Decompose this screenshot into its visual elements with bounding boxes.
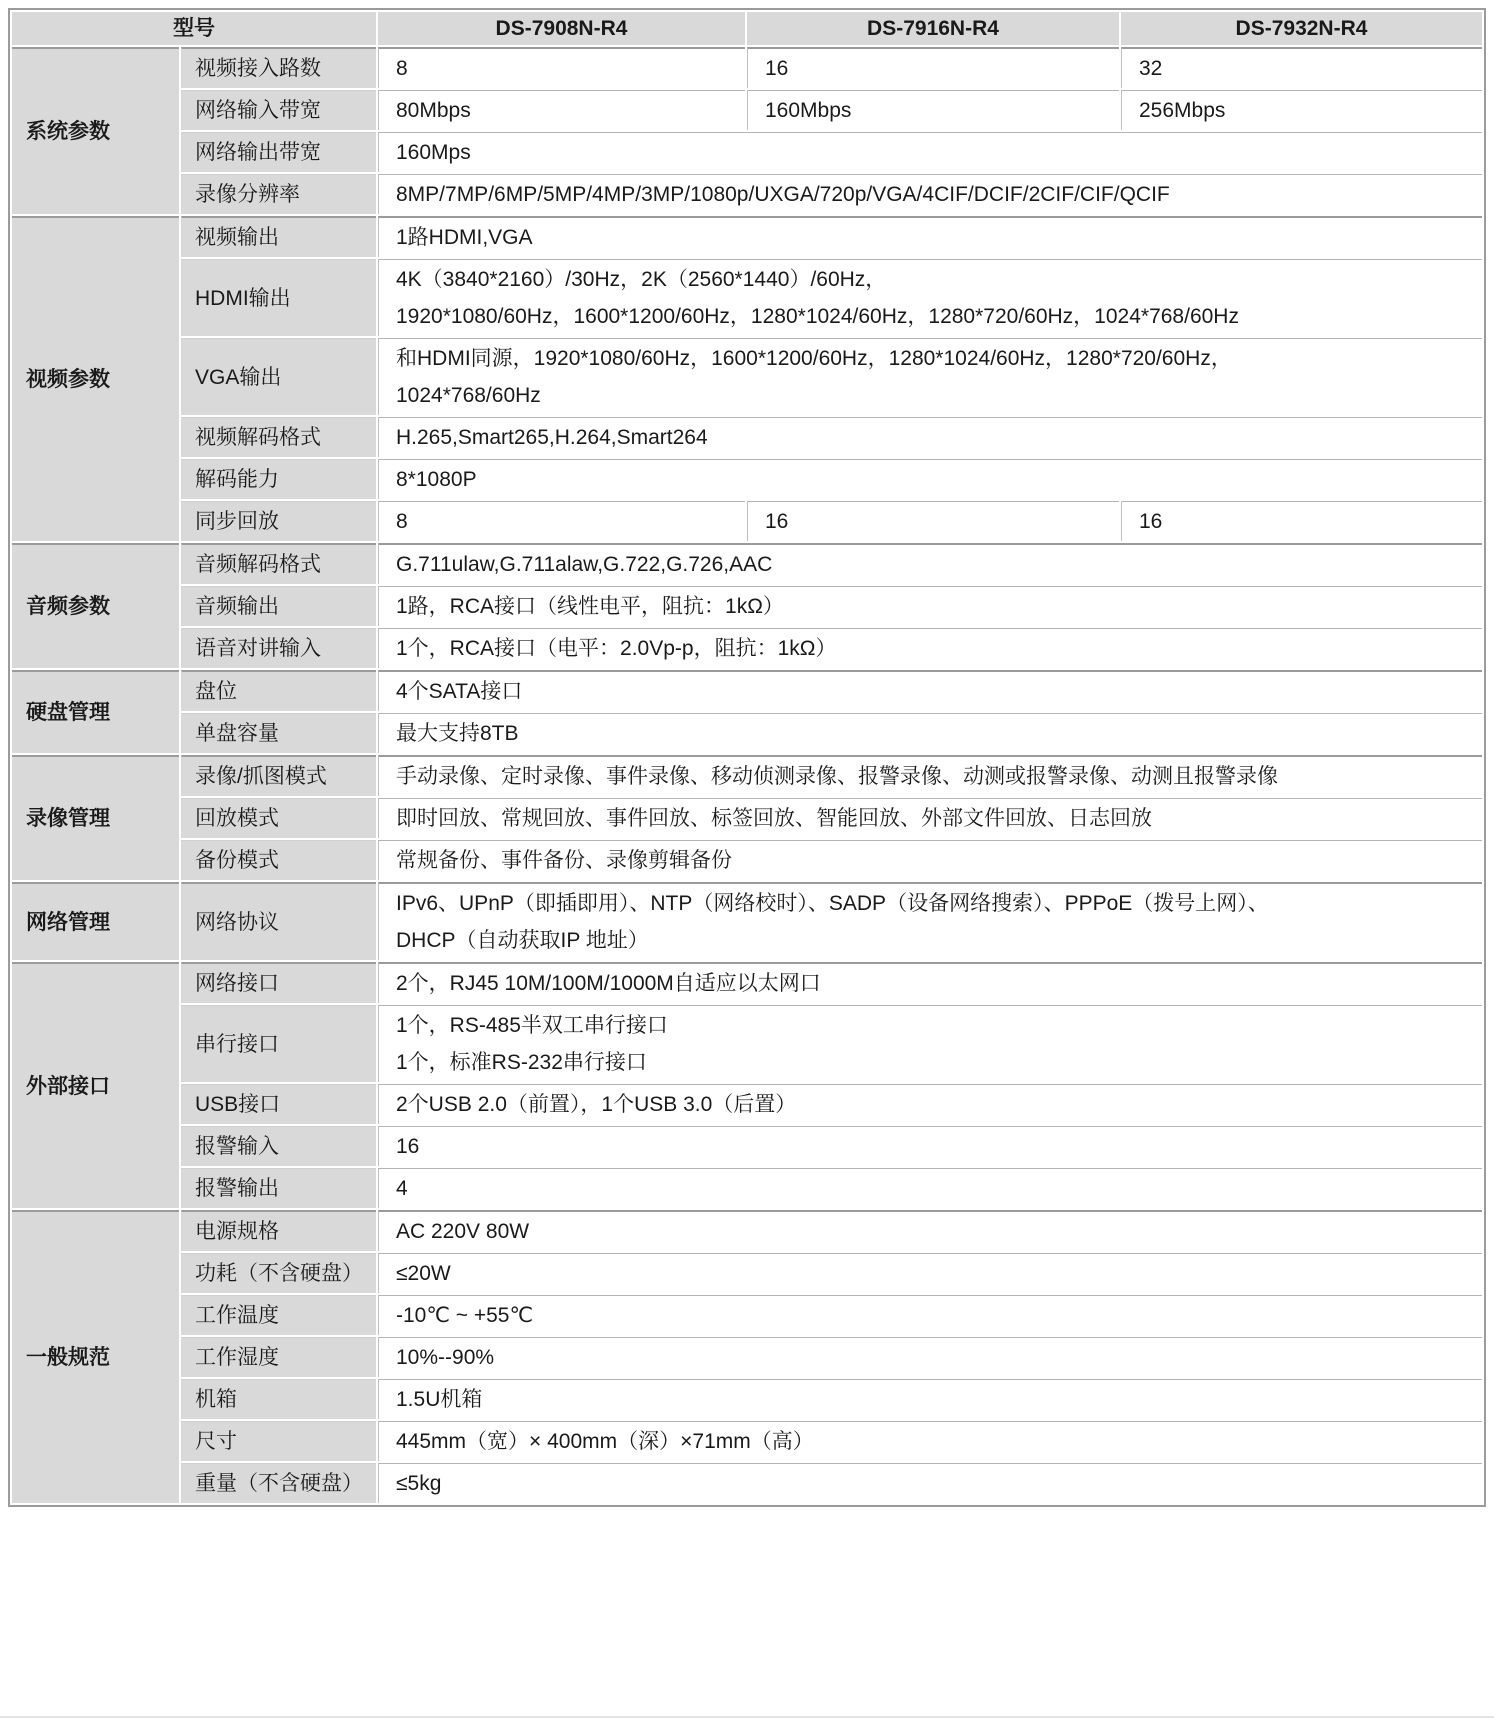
param-cell: 功耗（不含硬盘） — [181, 1253, 376, 1293]
value-cell: ≤20W — [378, 1253, 1482, 1293]
param-cell: 录像/抓图模式 — [181, 755, 376, 796]
value-cell: 16 — [747, 501, 1119, 541]
table-row: 音频输出 1路，RCA接口（线性电平，阻抗：1kΩ） — [12, 586, 1482, 626]
param-cell: 报警输入 — [181, 1126, 376, 1166]
param-cell: 电源规格 — [181, 1210, 376, 1251]
value-cell: 80Mbps — [378, 90, 745, 130]
param-cell: 报警输出 — [181, 1168, 376, 1208]
table-row: 单盘容量 最大支持8TB — [12, 713, 1482, 753]
spec-table: 型号 DS-7908N-R4 DS-7916N-R4 DS-7932N-R4 系… — [8, 8, 1486, 1507]
value-cell: 4K（3840*2160）/30Hz，2K（2560*1440）/60Hz， 1… — [378, 259, 1482, 336]
value-cell: 2个，RJ45 10M/100M/1000M自适应以太网口 — [378, 962, 1482, 1003]
value-cell: 常规备份、事件备份、录像剪辑备份 — [378, 840, 1482, 880]
category-cell: 网络管理 — [12, 882, 179, 960]
param-cell: VGA输出 — [181, 338, 376, 415]
value-cell: 4个SATA接口 — [378, 670, 1482, 711]
model-label-header: 型号 — [12, 12, 376, 45]
table-row: 重量（不含硬盘） ≤5kg — [12, 1463, 1482, 1503]
table-row: 系统参数 视频接入路数 8 16 32 — [12, 47, 1482, 88]
category-cell: 视频参数 — [12, 216, 179, 541]
table-row: 备份模式 常规备份、事件备份、录像剪辑备份 — [12, 840, 1482, 880]
table-row: 视频解码格式 H.265,Smart265,H.264,Smart264 — [12, 417, 1482, 457]
param-cell: 视频解码格式 — [181, 417, 376, 457]
table-row: 硬盘管理 盘位 4个SATA接口 — [12, 670, 1482, 711]
value-line: 4K（3840*2160）/30Hz，2K（2560*1440）/60Hz， — [396, 261, 1468, 298]
value-cell: 8 — [378, 47, 745, 88]
category-cell: 硬盘管理 — [12, 670, 179, 753]
table-row: 工作温度 -10℃ ~ +55℃ — [12, 1295, 1482, 1335]
param-cell: 工作湿度 — [181, 1337, 376, 1377]
table-row: 录像管理 录像/抓图模式 手动录像、定时录像、事件录像、移动侦测录像、报警录像、… — [12, 755, 1482, 796]
table-row: 机箱 1.5U机箱 — [12, 1379, 1482, 1419]
value-cell: 4 — [378, 1168, 1482, 1208]
param-cell: HDMI输出 — [181, 259, 376, 336]
value-cell: AC 220V 80W — [378, 1210, 1482, 1251]
table-row: 外部接口 网络接口 2个，RJ45 10M/100M/1000M自适应以太网口 — [12, 962, 1482, 1003]
value-cell: 8MP/7MP/6MP/5MP/4MP/3MP/1080p/UXGA/720p/… — [378, 174, 1482, 214]
param-cell: 录像分辨率 — [181, 174, 376, 214]
table-row: 报警输出 4 — [12, 1168, 1482, 1208]
value-cell: 1个，RS-485半双工串行接口 1个，标准RS-232串行接口 — [378, 1005, 1482, 1082]
value-cell: 1个，RCA接口（电平：2.0Vp-p，阻抗：1kΩ） — [378, 628, 1482, 668]
model-header: DS-7916N-R4 — [747, 12, 1119, 45]
param-cell: 语音对讲输入 — [181, 628, 376, 668]
model-header: DS-7932N-R4 — [1121, 12, 1482, 45]
param-cell: 机箱 — [181, 1379, 376, 1419]
table-row: 工作湿度 10%--90% — [12, 1337, 1482, 1377]
param-cell: 音频解码格式 — [181, 543, 376, 584]
table-row: 一般规范 电源规格 AC 220V 80W — [12, 1210, 1482, 1251]
param-cell: 解码能力 — [181, 459, 376, 499]
category-cell: 外部接口 — [12, 962, 179, 1208]
page-bottom-divider — [0, 1716, 1494, 1718]
category-cell: 音频参数 — [12, 543, 179, 668]
value-cell: 445mm（宽）× 400mm（深）×71mm（高） — [378, 1421, 1482, 1461]
value-cell: 32 — [1121, 47, 1482, 88]
table-row: 录像分辨率 8MP/7MP/6MP/5MP/4MP/3MP/1080p/UXGA… — [12, 174, 1482, 214]
value-cell: 最大支持8TB — [378, 713, 1482, 753]
table-row: 报警输入 16 — [12, 1126, 1482, 1166]
value-line: DHCP（自动获取IP 地址） — [396, 922, 1468, 959]
param-cell: 网络输出带宽 — [181, 132, 376, 172]
param-cell: 串行接口 — [181, 1005, 376, 1082]
value-line: 和HDMI同源，1920*1080/60Hz，1600*1200/60Hz，12… — [396, 340, 1468, 377]
param-cell: 网络协议 — [181, 882, 376, 960]
header-row: 型号 DS-7908N-R4 DS-7916N-R4 DS-7932N-R4 — [12, 12, 1482, 45]
value-line: 1920*1080/60Hz，1600*1200/60Hz，1280*1024/… — [396, 298, 1468, 335]
param-cell: 视频接入路数 — [181, 47, 376, 88]
value-cell: 256Mbps — [1121, 90, 1482, 130]
param-cell: 单盘容量 — [181, 713, 376, 753]
table-row: 解码能力 8*1080P — [12, 459, 1482, 499]
table-row: 回放模式 即时回放、常规回放、事件回放、标签回放、智能回放、外部文件回放、日志回… — [12, 798, 1482, 838]
table-row: 同步回放 8 16 16 — [12, 501, 1482, 541]
value-cell: H.265,Smart265,H.264,Smart264 — [378, 417, 1482, 457]
param-cell: 网络输入带宽 — [181, 90, 376, 130]
table-row: 网络管理 网络协议 IPv6、UPnP（即插即用）、NTP（网络校时）、SADP… — [12, 882, 1482, 960]
value-cell: ≤5kg — [378, 1463, 1482, 1503]
param-cell: 回放模式 — [181, 798, 376, 838]
param-cell: 同步回放 — [181, 501, 376, 541]
value-cell: 16 — [747, 47, 1119, 88]
value-line: 1024*768/60Hz — [396, 377, 1468, 414]
param-cell: 视频输出 — [181, 216, 376, 257]
param-cell: 尺寸 — [181, 1421, 376, 1461]
param-cell: 音频输出 — [181, 586, 376, 626]
table-row: 音频参数 音频解码格式 G.711ulaw,G.711alaw,G.722,G.… — [12, 543, 1482, 584]
table-row: 串行接口 1个，RS-485半双工串行接口 1个，标准RS-232串行接口 — [12, 1005, 1482, 1082]
table-row: 尺寸 445mm（宽）× 400mm（深）×71mm（高） — [12, 1421, 1482, 1461]
param-cell: 备份模式 — [181, 840, 376, 880]
value-cell: 手动录像、定时录像、事件录像、移动侦测录像、报警录像、动测或报警录像、动测且报警… — [378, 755, 1482, 796]
value-cell: 8*1080P — [378, 459, 1482, 499]
model-header: DS-7908N-R4 — [378, 12, 745, 45]
table-row: 网络输出带宽 160Mps — [12, 132, 1482, 172]
category-cell: 一般规范 — [12, 1210, 179, 1503]
value-cell: 160Mbps — [747, 90, 1119, 130]
value-cell: IPv6、UPnP（即插即用）、NTP（网络校时）、SADP（设备网络搜索）、P… — [378, 882, 1482, 960]
value-cell: 即时回放、常规回放、事件回放、标签回放、智能回放、外部文件回放、日志回放 — [378, 798, 1482, 838]
value-line: 1个，标准RS-232串行接口 — [396, 1044, 1468, 1081]
table-row: USB接口 2个USB 2.0（前置），1个USB 3.0（后置） — [12, 1084, 1482, 1124]
value-cell: 1路，RCA接口（线性电平，阻抗：1kΩ） — [378, 586, 1482, 626]
value-cell: -10℃ ~ +55℃ — [378, 1295, 1482, 1335]
value-cell: 160Mps — [378, 132, 1482, 172]
table-row: VGA输出 和HDMI同源，1920*1080/60Hz，1600*1200/6… — [12, 338, 1482, 415]
value-cell: 10%--90% — [378, 1337, 1482, 1377]
value-cell: 1路HDMI,VGA — [378, 216, 1482, 257]
value-cell: 1.5U机箱 — [378, 1379, 1482, 1419]
category-cell: 系统参数 — [12, 47, 179, 214]
value-cell: 和HDMI同源，1920*1080/60Hz，1600*1200/60Hz，12… — [378, 338, 1482, 415]
param-cell: USB接口 — [181, 1084, 376, 1124]
param-cell: 重量（不含硬盘） — [181, 1463, 376, 1503]
table-row: 功耗（不含硬盘） ≤20W — [12, 1253, 1482, 1293]
param-cell: 网络接口 — [181, 962, 376, 1003]
value-cell: 2个USB 2.0（前置），1个USB 3.0（后置） — [378, 1084, 1482, 1124]
table-row: 网络输入带宽 80Mbps 160Mbps 256Mbps — [12, 90, 1482, 130]
param-cell: 工作温度 — [181, 1295, 376, 1335]
table-row: HDMI输出 4K（3840*2160）/30Hz，2K（2560*1440）/… — [12, 259, 1482, 336]
value-cell: 8 — [378, 501, 745, 541]
value-cell: 16 — [378, 1126, 1482, 1166]
param-cell: 盘位 — [181, 670, 376, 711]
table-row: 语音对讲输入 1个，RCA接口（电平：2.0Vp-p，阻抗：1kΩ） — [12, 628, 1482, 668]
category-cell: 录像管理 — [12, 755, 179, 880]
table-row: 视频参数 视频输出 1路HDMI,VGA — [12, 216, 1482, 257]
value-cell: 16 — [1121, 501, 1482, 541]
value-line: IPv6、UPnP（即插即用）、NTP（网络校时）、SADP（设备网络搜索）、P… — [396, 885, 1468, 922]
value-line: 1个，RS-485半双工串行接口 — [396, 1007, 1468, 1044]
value-cell: G.711ulaw,G.711alaw,G.722,G.726,AAC — [378, 543, 1482, 584]
